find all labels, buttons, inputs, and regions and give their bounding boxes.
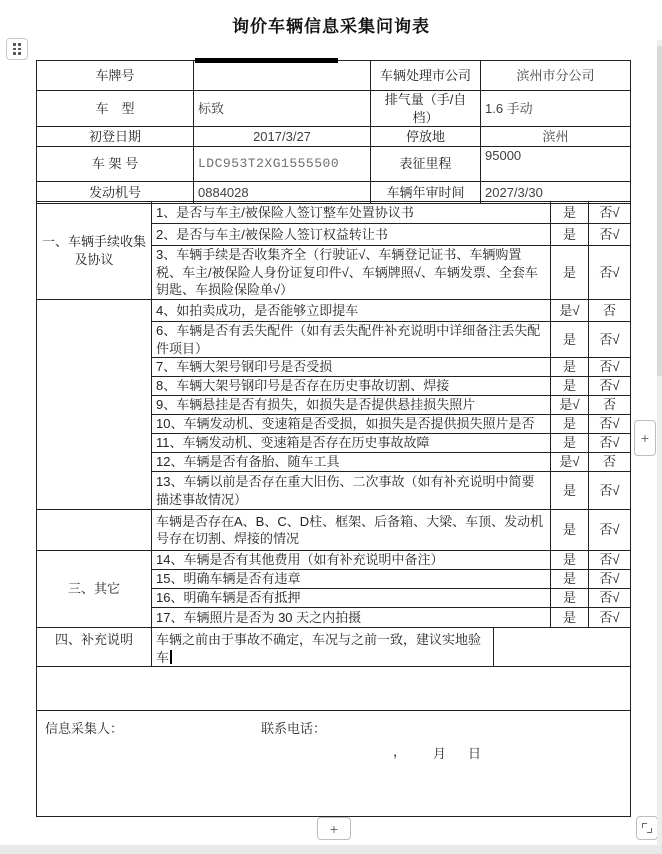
- section-4-label: 三、其它: [37, 551, 152, 628]
- yes-cell[interactable]: 是√: [551, 396, 589, 415]
- supplement-label: 四、补充说明: [37, 628, 152, 667]
- vehicle-info-table: 车牌号 车辆处理市公司 滨州市分公司 车 型 标致 排气量（手/自档） 1.6 …: [36, 60, 631, 204]
- no-cell[interactable]: 否√: [589, 589, 631, 608]
- question-text: 9、车辆悬挂是否有损失，如损失是否提供悬挂损失照片: [152, 396, 551, 415]
- collector-label: 信息采集人：: [45, 720, 123, 738]
- question-text: 10、车辆发动机、变速箱是否受损，如损失是否提供损失照片是否: [152, 415, 551, 434]
- yes-cell[interactable]: 是: [551, 377, 589, 396]
- question-text: 2、是否与车主/被保险人签订权益转让书: [152, 224, 551, 246]
- yes-cell[interactable]: 是: [551, 510, 589, 551]
- no-cell[interactable]: 否√: [589, 358, 631, 377]
- mileage-value[interactable]: 95000: [481, 147, 631, 182]
- question-text: 16、明确车辆是否有抵押: [152, 589, 551, 608]
- question-text: 11、车辆发动机、变速箱是否存在历史事故故障: [152, 434, 551, 453]
- question-text: 6、车辆是否有丢失配件（如有丢失配件补充说明中详细备注丢失配件项目）: [152, 322, 551, 358]
- supplement-empty-cell[interactable]: [494, 628, 631, 667]
- yes-cell[interactable]: 是: [551, 202, 589, 224]
- question-text: 车辆是否存在A、B、C、D柱、框架、后备箱、大梁、车顶、发动机号存在切割、焊接的…: [152, 510, 551, 551]
- supplement-text: 车辆之前由于事故不确定，车况与之前一致，建议实地验车: [156, 632, 481, 665]
- no-cell[interactable]: 否√: [589, 322, 631, 358]
- yes-cell[interactable]: 是: [551, 608, 589, 628]
- no-cell[interactable]: 否: [589, 300, 631, 322]
- date-comma: ，: [393, 743, 406, 761]
- vin-label: 车 架 号: [37, 147, 194, 182]
- date-day-label: 日: [468, 745, 481, 763]
- table-drag-handle[interactable]: [6, 38, 28, 60]
- table-row: 车 型 标致 排气量（手/自档） 1.6 手动: [37, 91, 631, 127]
- section-1-label: 一、车辆手续收集及协议: [37, 202, 152, 300]
- yes-cell[interactable]: 是: [551, 434, 589, 453]
- no-cell[interactable]: 否√: [589, 377, 631, 396]
- supplement-text-cell[interactable]: 车辆之前由于事故不确定，车况与之前一致，建议实地验车: [152, 628, 494, 667]
- question-row: 4、如拍卖成功，是否能够立即提车 是√ 否: [37, 300, 631, 322]
- add-column-button[interactable]: +: [634, 420, 656, 456]
- table-row: 车牌号 车辆处理市公司 滨州市分公司: [37, 61, 631, 91]
- no-cell[interactable]: 否√: [589, 472, 631, 510]
- mileage-label: 表征里程: [371, 147, 481, 182]
- page-title: 询价车辆信息采集问询表: [0, 12, 662, 37]
- questions-table: 一、车辆手续收集及协议 1、是否与车主/被保险人签订整车处置协议书 是 否√ 2…: [36, 201, 631, 628]
- first-reg-value[interactable]: 2017/3/27: [194, 127, 371, 147]
- section-2-label: [37, 300, 152, 510]
- scrollbar-thumb[interactable]: [657, 46, 662, 376]
- yes-cell[interactable]: 是: [551, 415, 589, 434]
- model-label: 车 型: [37, 91, 194, 127]
- expand-button[interactable]: [636, 816, 658, 840]
- yes-cell[interactable]: 是: [551, 322, 589, 358]
- no-cell[interactable]: 否√: [589, 246, 631, 300]
- question-row: 三、其它 14、车辆是否有其他费用（如有补充说明中备注） 是 否√: [37, 551, 631, 570]
- date-month-label: 月: [433, 745, 446, 763]
- question-text: 7、车辆大架号钢印号是否受损: [152, 358, 551, 377]
- yes-cell[interactable]: 是√: [551, 300, 589, 322]
- signature-cell[interactable]: 信息采集人： 联系电话： ， 月 日: [37, 711, 631, 817]
- supplement-row: 四、补充说明 车辆之前由于事故不确定，车况与之前一致，建议实地验车: [37, 628, 631, 667]
- drag-dots-icon: [13, 43, 21, 55]
- no-cell[interactable]: 否√: [589, 570, 631, 589]
- no-cell[interactable]: 否: [589, 453, 631, 472]
- page-bottom-strip: [0, 845, 662, 854]
- parking-value[interactable]: 滨州: [481, 127, 631, 147]
- yes-cell[interactable]: 是: [551, 246, 589, 300]
- yes-cell[interactable]: 是: [551, 472, 589, 510]
- redaction-bar: [195, 58, 338, 63]
- yes-cell[interactable]: 是: [551, 224, 589, 246]
- no-cell[interactable]: 否√: [589, 202, 631, 224]
- question-text: 17、车辆照片是否为 30 天之内拍摄: [152, 608, 551, 628]
- displacement-value[interactable]: 1.6 手动: [481, 91, 631, 127]
- city-company-value[interactable]: 滨州市分公司: [481, 61, 631, 91]
- empty-cell[interactable]: [37, 667, 631, 711]
- table-row: 初登日期 2017/3/27 停放地 滨州: [37, 127, 631, 147]
- question-text: 12、车辆是否有备胎、随车工具: [152, 453, 551, 472]
- yes-cell[interactable]: 是: [551, 358, 589, 377]
- question-text: 15、明确车辆是否有违章: [152, 570, 551, 589]
- question-text: 14、车辆是否有其他费用（如有补充说明中备注）: [152, 551, 551, 570]
- yes-cell[interactable]: 是: [551, 551, 589, 570]
- table-row: 车 架 号 LDC953T2XG1555500 表征里程 95000: [37, 147, 631, 182]
- no-cell[interactable]: 否√: [589, 224, 631, 246]
- question-text: 1、是否与车主/被保险人签订整车处置协议书: [152, 202, 551, 224]
- city-company-label: 车辆处理市公司: [371, 61, 481, 91]
- vin-value[interactable]: LDC953T2XG1555500: [194, 147, 371, 182]
- question-text: 3、车辆手续是否收集齐全（行驶证√、车辆登记证书、车辆购置税、车主/被保险人身份…: [152, 246, 551, 300]
- question-text: 4、如拍卖成功，是否能够立即提车: [152, 300, 551, 322]
- yes-cell[interactable]: 是: [551, 589, 589, 608]
- phone-label: 联系电话：: [261, 720, 326, 738]
- parking-label: 停放地: [371, 127, 481, 147]
- no-cell[interactable]: 否√: [589, 510, 631, 551]
- no-cell[interactable]: 否√: [589, 415, 631, 434]
- question-text: 13、车辆以前是否存在重大旧伤、二次事故（如有补充说明中简要描述事故情况）: [152, 472, 551, 510]
- expand-icon: [642, 823, 652, 833]
- no-cell[interactable]: 否: [589, 396, 631, 415]
- question-text: 8、车辆大架号钢印号是否存在历史事故切割、焊接: [152, 377, 551, 396]
- question-row: 一、车辆手续收集及协议 1、是否与车主/被保险人签订整车处置协议书 是 否√: [37, 202, 631, 224]
- text-cursor: [170, 650, 172, 664]
- section-3-label: [37, 510, 152, 551]
- no-cell[interactable]: 否√: [589, 434, 631, 453]
- model-value[interactable]: 标致: [194, 91, 371, 127]
- bottom-table: 四、补充说明 车辆之前由于事故不确定，车况与之前一致，建议实地验车 信息采集人：…: [36, 627, 631, 817]
- no-cell[interactable]: 否√: [589, 551, 631, 570]
- empty-row: [37, 667, 631, 711]
- add-row-button[interactable]: +: [317, 817, 351, 840]
- yes-cell[interactable]: 是: [551, 570, 589, 589]
- signature-row: 信息采集人： 联系电话： ， 月 日: [37, 711, 631, 817]
- yes-cell[interactable]: 是√: [551, 453, 589, 472]
- plate-label: 车牌号: [37, 61, 194, 91]
- plate-value[interactable]: [194, 61, 371, 91]
- first-reg-label: 初登日期: [37, 127, 194, 147]
- question-row: 车辆是否存在A、B、C、D柱、框架、后备箱、大梁、车顶、发动机号存在切割、焊接的…: [37, 510, 631, 551]
- no-cell[interactable]: 否√: [589, 608, 631, 628]
- displacement-label: 排气量（手/自档）: [371, 91, 481, 127]
